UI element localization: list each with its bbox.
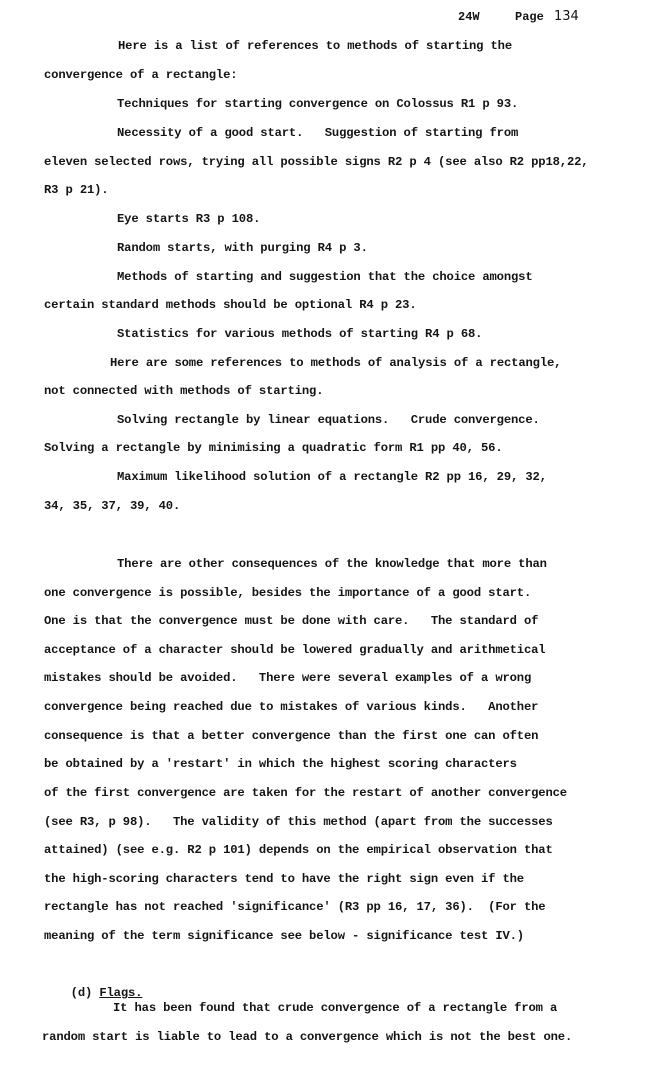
text-line: Eye starts R3 p 108. <box>117 212 260 226</box>
text-line: One is that the convergence must be done… <box>44 614 538 628</box>
page-number: 134 <box>554 9 579 24</box>
text-line: 34, 35, 37, 39, 40. <box>44 499 180 513</box>
text-line: R3 p 21). <box>44 183 108 197</box>
text-line: Here are some references to methods of a… <box>110 356 561 370</box>
text-line: Solving a rectangle by minimising a quad… <box>44 441 502 455</box>
text-line: attained) (see e.g. R2 p 101) depends on… <box>44 843 553 857</box>
text-line: eleven selected rows, trying all possibl… <box>44 155 588 169</box>
text-line: meaning of the term significance see bel… <box>44 929 524 943</box>
text-line: certain standard methods should be optio… <box>44 298 417 312</box>
text-line: Techniques for starting convergence on C… <box>117 97 518 111</box>
text-line: rectangle has not reached 'significance'… <box>44 900 545 914</box>
text-line: It has been found that crude convergence… <box>113 1001 557 1015</box>
text-line: Statistics for various methods of starti… <box>117 327 482 341</box>
text-line: mistakes should be avoided. There were s… <box>44 671 531 685</box>
document-code: 24W <box>458 10 480 24</box>
text-line: Methods of starting and suggestion that … <box>117 270 533 284</box>
text-line: consequence is that a better convergence… <box>44 729 538 743</box>
section-title: Flags. <box>99 986 142 1000</box>
text-line: Here is a list of references to methods … <box>118 39 512 53</box>
text-line: convergence being reached due to mistake… <box>44 700 538 714</box>
text-line: not connected with methods of starting. <box>44 384 323 398</box>
text-line: There are other consequences of the know… <box>117 557 547 571</box>
text-line: Solving rectangle by linear equations. C… <box>117 413 540 427</box>
text-line: Random starts, with purging R4 p 3. <box>117 241 368 255</box>
text-line: convergence of a rectangle: <box>44 68 237 82</box>
text-line: of the first convergence are taken for t… <box>44 786 567 800</box>
text-line: be obtained by a 'restart' in which the … <box>44 757 517 771</box>
section-label: (d) <box>71 986 93 1000</box>
text-line: the high-scoring characters tend to have… <box>44 872 524 886</box>
page-label: Page <box>515 10 544 24</box>
text-line: Maximum likelihood solution of a rectang… <box>117 470 547 484</box>
text-line: (see R3, p 98). The validity of this met… <box>44 815 553 829</box>
text-line: acceptance of a character should be lowe… <box>44 643 545 657</box>
text-line: random start is liable to lead to a conv… <box>42 1030 572 1044</box>
document-page: 24W Page 134 Here is a list of reference… <box>0 0 650 1071</box>
text-line: one convergence is possible, besides the… <box>44 586 531 600</box>
text-line: Necessity of a good start. Suggestion of… <box>117 126 518 140</box>
